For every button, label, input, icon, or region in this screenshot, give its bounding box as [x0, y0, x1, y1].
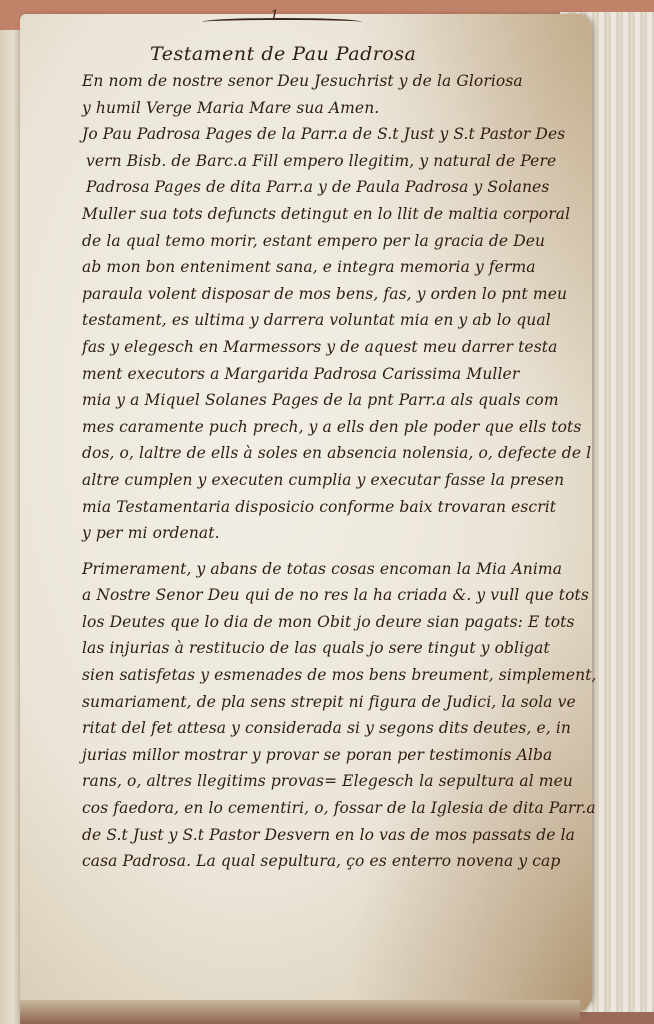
- text-line: y per mi ordenat.: [82, 520, 602, 547]
- text-line: Jo Pau Padrosa Pages de la Parr.a de S.t…: [82, 121, 602, 148]
- text-line: mia Testamentaria disposicio conforme ba…: [82, 494, 602, 521]
- text-line: de la qual temo morir, estant empero per…: [82, 228, 602, 255]
- text-line: casa Padrosa. La qual sepultura, ço es e…: [82, 848, 602, 875]
- text-line: Padrosa Pages de dita Parr.a y de Paula …: [82, 174, 602, 201]
- torn-bottom-edge: [20, 1000, 580, 1024]
- text-line: y humil Verge Maria Mare sua Amen.: [82, 95, 602, 122]
- text-line: Muller sua tots defuncts detingut en lo …: [82, 201, 602, 228]
- text-line: mia y a Miquel Solanes Pages de la pnt P…: [82, 387, 602, 414]
- text-line: ritat del fet attesa y considerada si y …: [82, 715, 602, 742]
- text-line: En nom de nostre senor Deu Jesuchrist y …: [82, 68, 602, 95]
- text-line: los Deutes que lo dia de mon Obit jo deu…: [82, 609, 602, 636]
- text-line: las injurias à restitucio de las quals j…: [82, 635, 602, 662]
- folio-number: 1: [270, 8, 279, 24]
- manuscript-text: Testament de Pau Padrosa En nom de nostr…: [82, 40, 602, 875]
- text-line: jurias millor mostrar y provar se poran …: [82, 742, 602, 769]
- text-line: mes caramente puch prech, y a ells den p…: [82, 414, 602, 441]
- text-line: Primerament, y abans de totas cosas enco…: [82, 556, 602, 583]
- text-line: sien satisfetas y esmenades de mos bens …: [82, 662, 602, 689]
- text-line: rans, o, altres llegitims provas= Eleges…: [82, 768, 602, 795]
- text-line: ment executors a Margarida Padrosa Caris…: [82, 361, 602, 388]
- text-line: vern Bisb. de Barc.a Fill empero llegiti…: [82, 148, 602, 175]
- document-title: Testament de Pau Padrosa: [82, 40, 602, 68]
- text-line: cos faedora, en lo cementiri, o, fossar …: [82, 795, 602, 822]
- text-line: a Nostre Senor Deu qui de no res la ha c…: [82, 582, 602, 609]
- text-line: dos, o, laltre de ells à soles en absenc…: [82, 440, 602, 467]
- text-line: testament, es ultima y darrera voluntat …: [82, 307, 602, 334]
- text-line: ab mon bon enteniment sana, e integra me…: [82, 254, 602, 281]
- text-line: fas y elegesch en Marmessors y de aquest…: [82, 334, 602, 361]
- folio-flourish: [202, 18, 362, 26]
- text-line: sumariament, de pla sens strepit ni figu…: [82, 689, 602, 716]
- text-line: altre cumplen y executen cumplia y execu…: [82, 467, 602, 494]
- text-line: de S.t Just y S.t Pastor Desvern en lo v…: [82, 822, 602, 849]
- text-line: paraula volent disposar de mos bens, fas…: [82, 281, 602, 308]
